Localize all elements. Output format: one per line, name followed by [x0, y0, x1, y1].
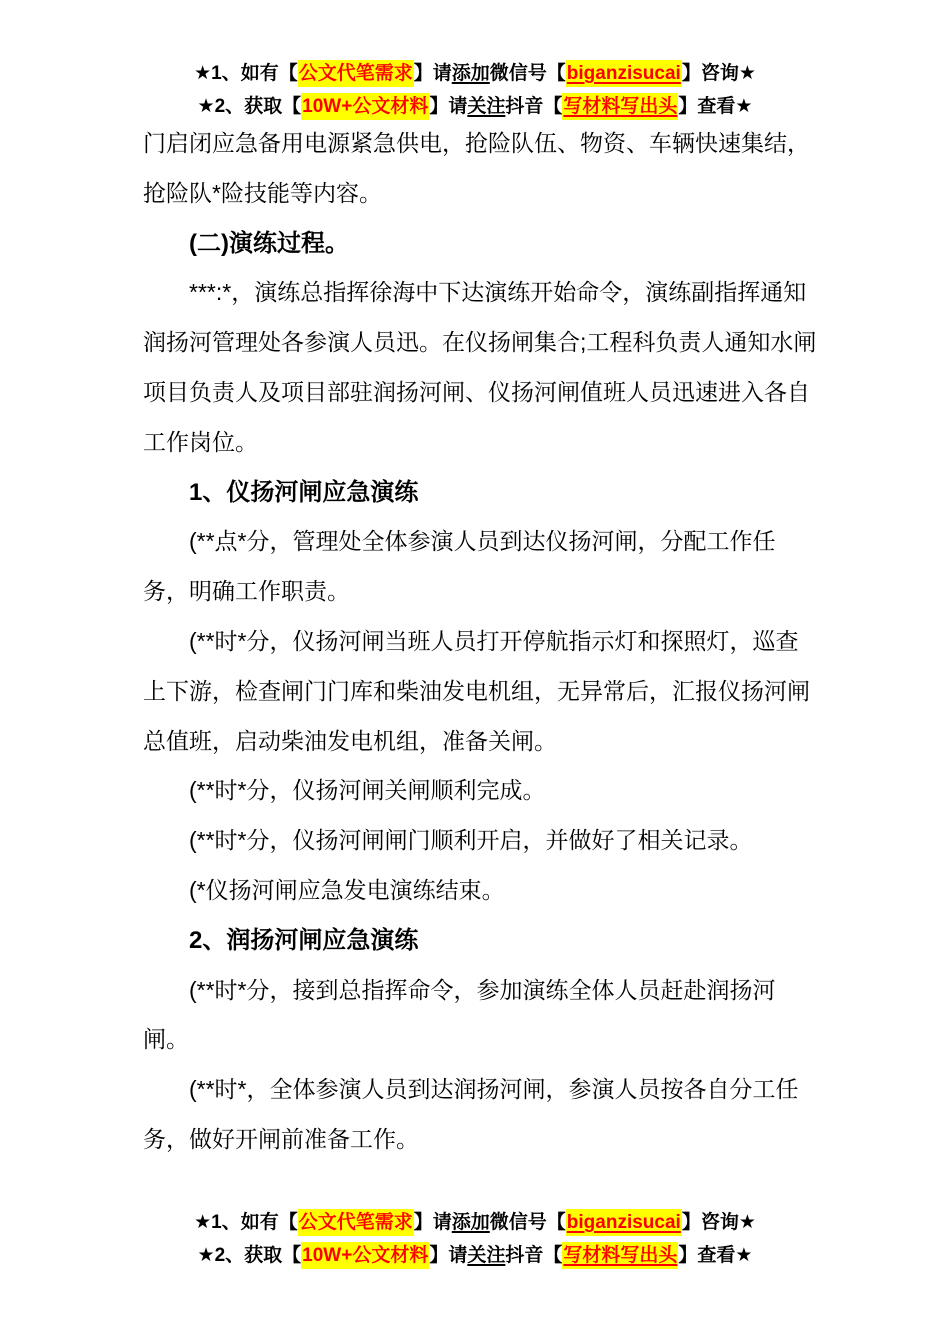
promo-text-segment: 】查看★ [678, 1245, 752, 1266]
body-line: 润扬河管理处各参演人员迅。在仪扬闸集合;工程科负责人通知水闸 [143, 318, 823, 368]
body-line: 项目负责人及项目部驻润扬河闸、仪扬河闸值班人员迅速进入各自 [143, 368, 823, 418]
promo-text-segment: 】咨询★ [682, 1212, 756, 1233]
promo-text-segment: 】请 [414, 63, 452, 84]
body-line: (**时*分，仪扬河闸当班人员打开停航指示灯和探照灯，巡查 [143, 617, 823, 667]
promo-highlight-segment: biganzisucai [566, 1209, 682, 1236]
promo-text-segment: ★2、获取【 [198, 1245, 302, 1266]
promo-text-segment: 】请 [414, 1212, 452, 1233]
promo-text-segment: ★1、如有【 [194, 63, 298, 84]
promo-text-segment: 】查看★ [678, 96, 752, 117]
promo-text-segment: 抖音【 [505, 96, 562, 117]
promo-text-segment: 抖音【 [505, 1245, 562, 1266]
promo-underline-segment: 添加 [452, 63, 490, 84]
body-line: (*仪扬河闸应急发电演练结束。 [143, 866, 823, 916]
document-body: 门启闭应急备用电源紧急供电，抢险队伍、物资、车辆快速集结，抢险队*险技能等内容。… [143, 119, 823, 1165]
body-line: (**时*分，仪扬河闸闸门顺利开启，并做好了相关记录。 [143, 816, 823, 866]
promo-line-1: ★1、如有【公文代笔需求】请添加微信号【biganzisucai】咨询★ [0, 1206, 950, 1239]
body-line: 务，明确工作职责。 [143, 567, 823, 617]
promo-text-segment: ★2、获取【 [198, 96, 302, 117]
promo-highlight-segment: 公文代笔需求 [298, 60, 414, 87]
header-promo: ★1、如有【公文代笔需求】请添加微信号【biganzisucai】咨询★★2、获… [0, 57, 950, 123]
body-line: (**时*分，接到总指挥命令，参加演练全体人员赶赴润扬河 [143, 966, 823, 1016]
promo-highlight-segment: biganzisucai [566, 60, 682, 87]
promo-highlight-segment: 公文代笔需求 [298, 1209, 414, 1236]
document-page: ★1、如有【公文代笔需求】请添加微信号【biganzisucai】咨询★★2、获… [0, 0, 950, 1344]
body-line: (**时*分，仪扬河闸关闸顺利完成。 [143, 766, 823, 816]
body-line: ***:*，演练总指挥徐海中下达演练开始命令，演练副指挥通知 [143, 268, 823, 318]
body-line: 总值班，启动柴油发电机组，准备关闸。 [143, 717, 823, 767]
promo-text-segment: 微信号【 [490, 63, 566, 84]
promo-text-segment: 】请 [429, 96, 467, 117]
body-line: 务，做好开闸前准备工作。 [143, 1115, 823, 1165]
promo-highlight-segment: 写材料写出头 [562, 1242, 678, 1269]
body-line: 抢险队*险技能等内容。 [143, 169, 823, 219]
promo-highlight-segment: 10W+公文材料 [301, 1242, 429, 1269]
body-line: (**点*分，管理处全体参演人员到达仪扬河闸，分配工作任 [143, 517, 823, 567]
promo-underline-segment: 关注 [467, 96, 505, 117]
promo-text-segment: 微信号【 [490, 1212, 566, 1233]
promo-underline-segment: 关注 [467, 1245, 505, 1266]
promo-highlight-segment: 10W+公文材料 [301, 93, 429, 120]
body-line: 工作岗位。 [143, 418, 823, 468]
promo-text-segment: 】请 [429, 1245, 467, 1266]
promo-line-1: ★1、如有【公文代笔需求】请添加微信号【biganzisucai】咨询★ [0, 57, 950, 90]
body-line: 上下游，检查闸门门库和柴油发电机组，无异常后，汇报仪扬河闸 [143, 667, 823, 717]
footer-promo: ★1、如有【公文代笔需求】请添加微信号【biganzisucai】咨询★★2、获… [0, 1206, 950, 1272]
body-line: 闸。 [143, 1015, 823, 1065]
heading-line: 2、润扬河闸应急演练 [143, 916, 823, 966]
body-line: (**时*，全体参演人员到达润扬河闸，参演人员按各自分工任 [143, 1065, 823, 1115]
promo-text-segment: ★1、如有【 [194, 1212, 298, 1233]
promo-highlight-segment: 写材料写出头 [562, 93, 678, 120]
promo-underline-segment: 添加 [452, 1212, 490, 1233]
promo-text-segment: 】咨询★ [682, 63, 756, 84]
heading-line: 1、仪扬河闸应急演练 [143, 468, 823, 518]
body-line: 门启闭应急备用电源紧急供电，抢险队伍、物资、车辆快速集结， [143, 119, 823, 169]
promo-line-2: ★2、获取【10W+公文材料】请关注抖音【写材料写出头】查看★ [0, 1239, 950, 1272]
heading-line: (二)演练过程。 [143, 219, 823, 269]
